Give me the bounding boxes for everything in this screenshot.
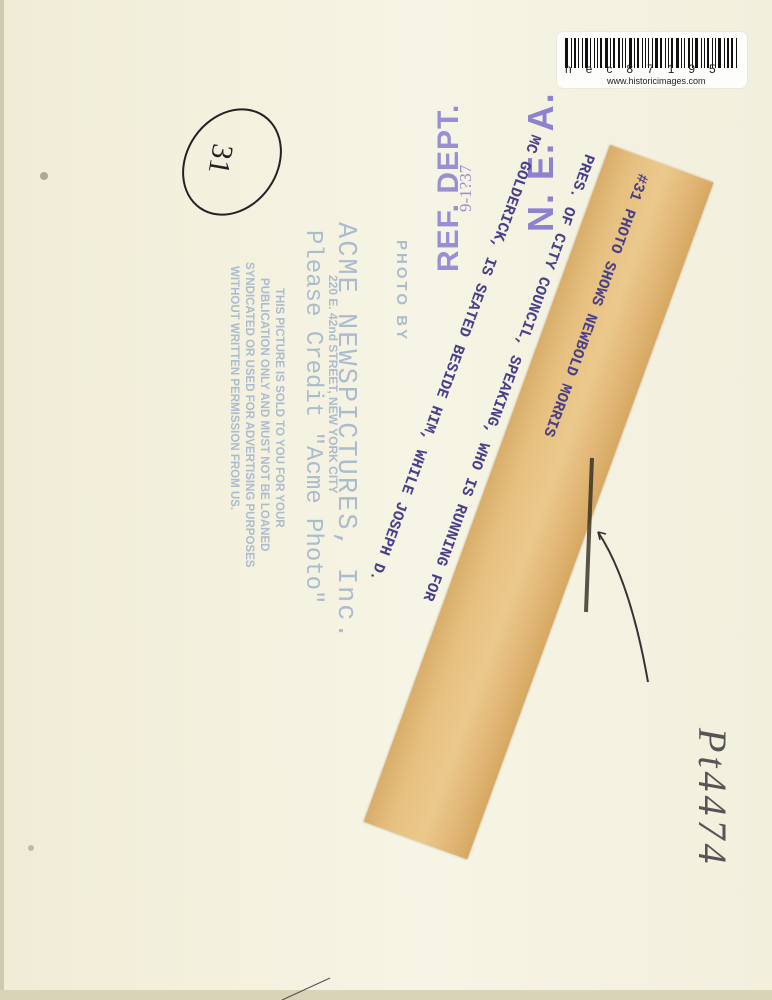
- handwritten-code: Pt4474: [689, 728, 736, 868]
- pencil-arrow-icon: [0, 0, 772, 1000]
